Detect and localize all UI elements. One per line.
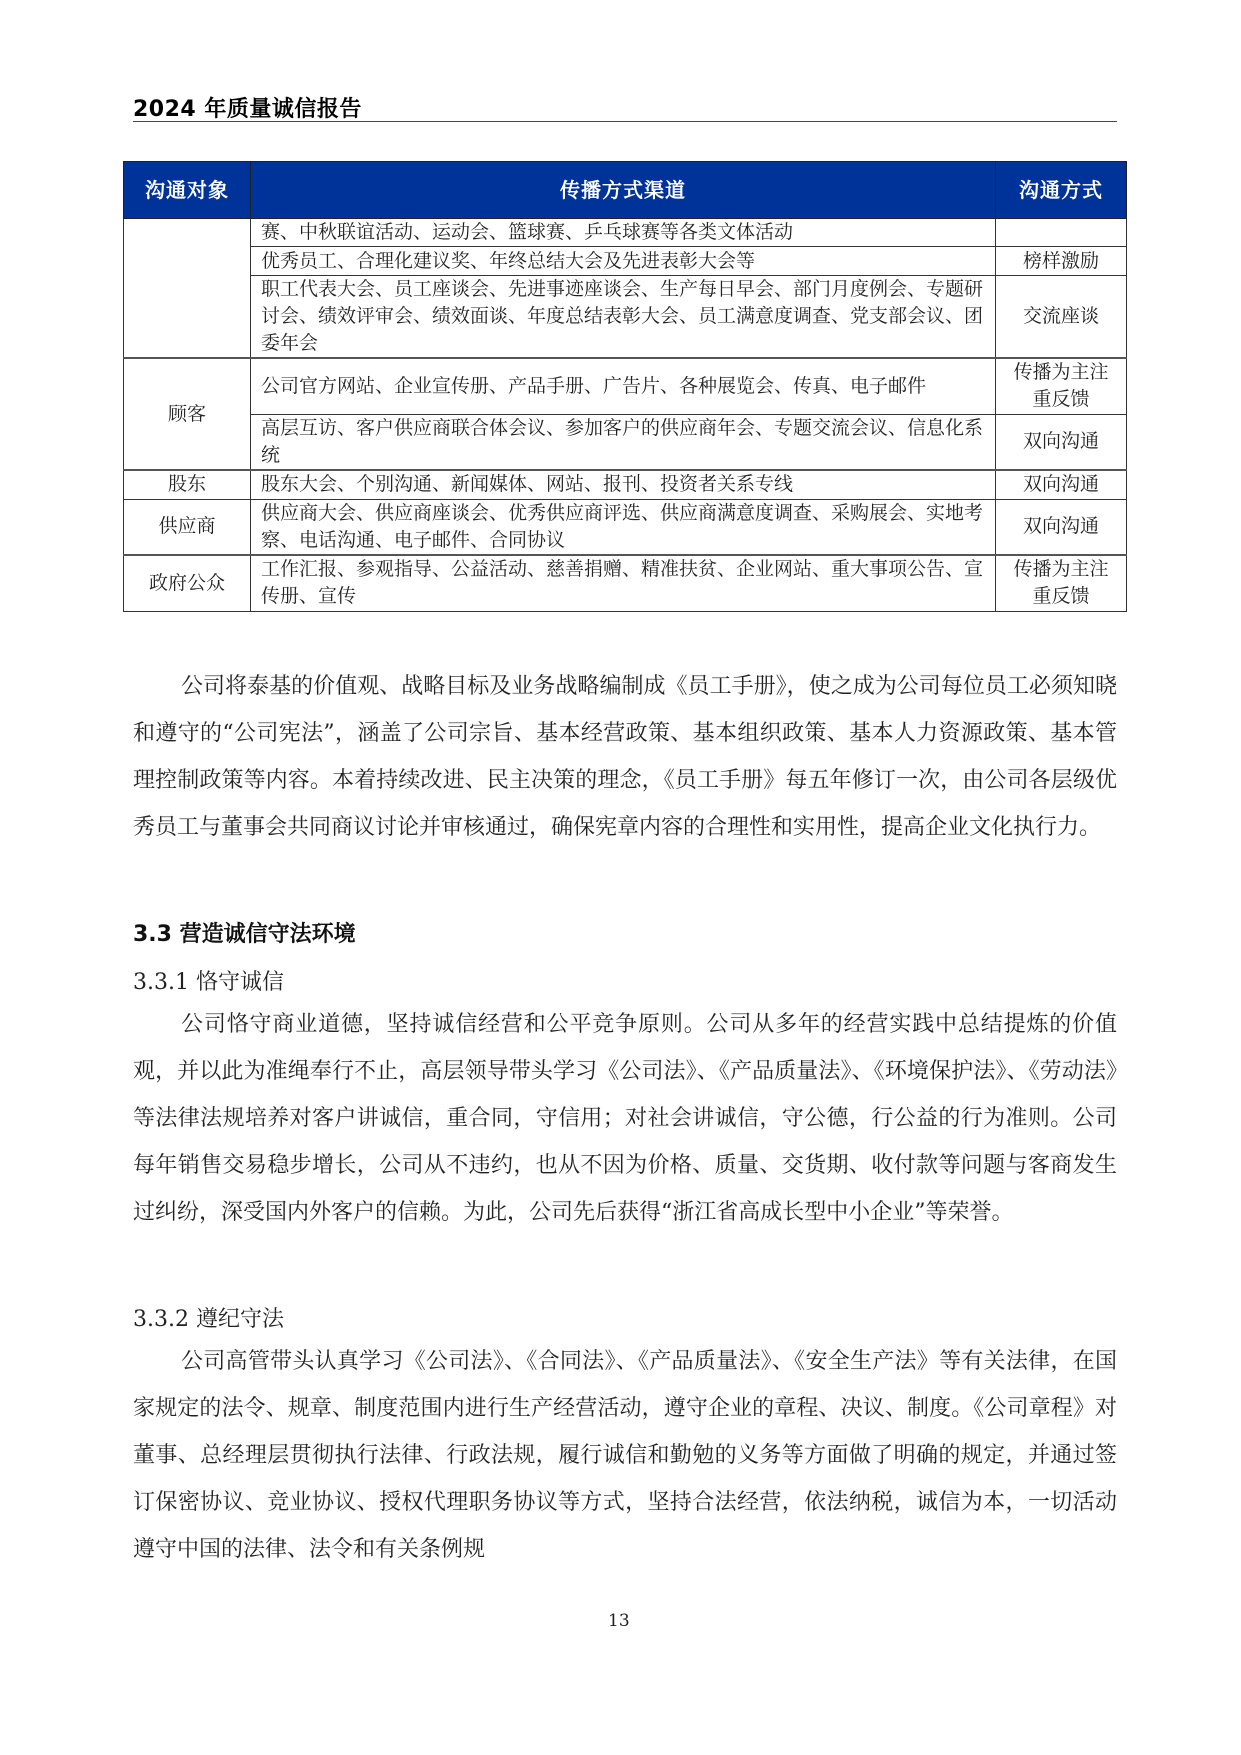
table-row: 政府公众 工作汇报、参观指导、公益活动、慈善捐赠、精准扶贫、企业网站、重大事项公…	[124, 555, 1127, 611]
page-number: 13	[608, 1611, 630, 1631]
cell-channels: 高层互访、客户供应商联合体会议、参加客户的供应商年会、专题交流会议、信息化系统	[251, 414, 996, 470]
cell-method: 双向沟通	[996, 499, 1127, 555]
paragraph-employee-handbook: 公司将泰基的价值观、战略目标及业务战略编制成《员工手册》，使之成为公司每位员工必…	[133, 663, 1117, 851]
table-row: 职工代表大会、员工座谈会、先进事迹座谈会、生产每日早会、部门月度例会、专题研讨会…	[124, 276, 1127, 359]
cell-method: 传播为主注重反馈	[996, 358, 1127, 414]
header-divider	[133, 121, 1117, 122]
cell-target: 顾客	[124, 358, 251, 470]
subsection-heading-3-3-1: 3.3.1 恪守诚信	[133, 965, 284, 996]
cell-target: 供应商	[124, 499, 251, 555]
table-row: 股东 股东大会、个别沟通、新闻媒体、网站、报刊、投资者关系专线 双向沟通	[124, 470, 1127, 499]
cell-channels: 供应商大会、供应商座谈会、优秀供应商评选、供应商满意度调查、采购展会、实地考察、…	[251, 499, 996, 555]
cell-channels: 工作汇报、参观指导、公益活动、慈善捐赠、精准扶贫、企业网站、重大事项公告、宣传册…	[251, 555, 996, 611]
paragraph-integrity: 公司恪守商业道德，坚持诚信经营和公平竞争原则。公司从多年的经营实践中总结提炼的价…	[133, 1001, 1117, 1236]
cell-method: 传播为主注重反馈	[996, 555, 1127, 611]
cell-method: 双向沟通	[996, 414, 1127, 470]
report-header-title: 2024 年质量诚信报告	[133, 92, 362, 123]
cell-channels: 股东大会、个别沟通、新闻媒体、网站、报刊、投资者关系专线	[251, 470, 996, 499]
table-header-row: 沟通对象 传播方式渠道 沟通方式	[124, 162, 1127, 219]
table-row: 供应商 供应商大会、供应商座谈会、优秀供应商评选、供应商满意度调查、采购展会、实…	[124, 499, 1127, 555]
cell-target-employees-cont	[124, 219, 251, 359]
column-header-method: 沟通方式	[996, 162, 1127, 219]
cell-channels: 公司官方网站、企业宣传册、产品手册、广告片、各种展览会、传真、电子邮件	[251, 358, 996, 414]
cell-channels: 职工代表大会、员工座谈会、先进事迹座谈会、生产每日早会、部门月度例会、专题研讨会…	[251, 276, 996, 359]
section-heading-3-3: 3.3 营造诚信守法环境	[133, 917, 356, 948]
table-row: 优秀员工、合理化建议奖、年终总结大会及先进表彰大会等 榜样激励	[124, 247, 1127, 276]
table-row: 高层互访、客户供应商联合体会议、参加客户的供应商年会、专题交流会议、信息化系统 …	[124, 414, 1127, 470]
cell-channels: 赛、中秋联谊活动、运动会、篮球赛、乒乓球赛等各类文体活动	[251, 219, 996, 247]
subsection-heading-3-3-2: 3.3.2 遵纪守法	[133, 1302, 284, 1333]
column-header-target: 沟通对象	[124, 162, 251, 219]
cell-target: 股东	[124, 470, 251, 499]
paragraph-law-compliance: 公司高管带头认真学习《公司法》、《合同法》、《产品质量法》、《安全生产法》等有关…	[133, 1338, 1117, 1573]
communication-channels-table: 沟通对象 传播方式渠道 沟通方式 赛、中秋联谊活动、运动会、篮球赛、乒乓球赛等各…	[123, 161, 1127, 612]
cell-method: 交流座谈	[996, 276, 1127, 359]
cell-method: 双向沟通	[996, 470, 1127, 499]
cell-channels: 优秀员工、合理化建议奖、年终总结大会及先进表彰大会等	[251, 247, 996, 276]
column-header-channels: 传播方式渠道	[251, 162, 996, 219]
table-row: 顾客 公司官方网站、企业宣传册、产品手册、广告片、各种展览会、传真、电子邮件 传…	[124, 358, 1127, 414]
cell-method: 榜样激励	[996, 247, 1127, 276]
cell-method	[996, 219, 1127, 247]
cell-target: 政府公众	[124, 555, 251, 611]
table-row: 赛、中秋联谊活动、运动会、篮球赛、乒乓球赛等各类文体活动	[124, 219, 1127, 247]
